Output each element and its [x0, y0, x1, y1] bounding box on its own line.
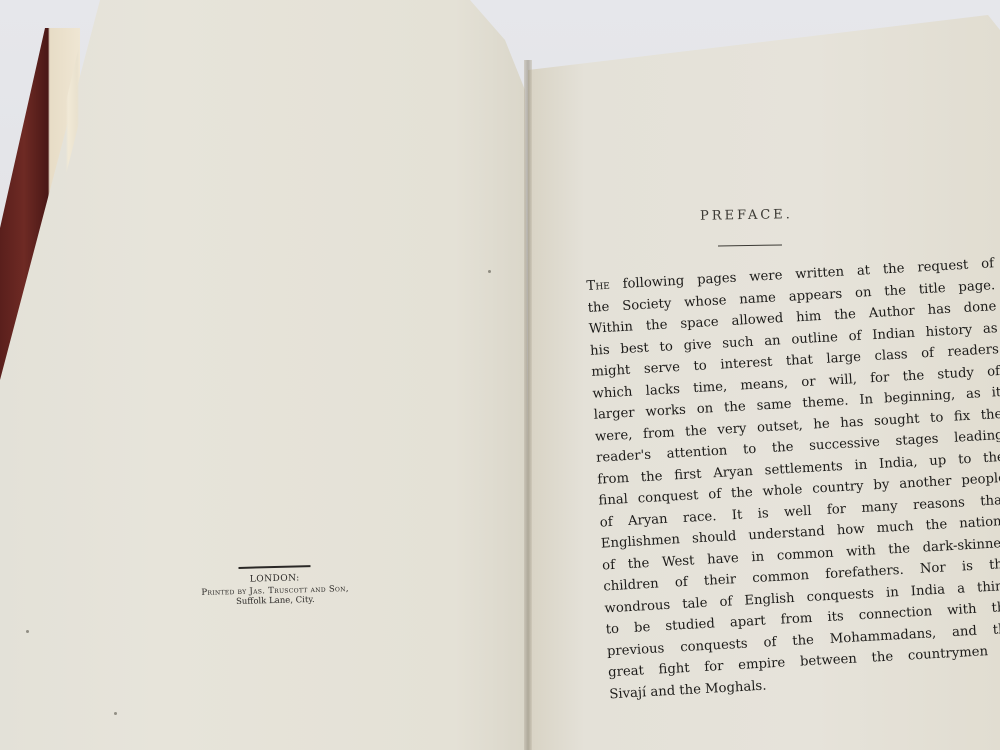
paper-speck — [26, 630, 29, 633]
imprint-rule — [238, 565, 310, 569]
book-gutter — [524, 60, 532, 750]
drop-word: The — [586, 278, 610, 294]
paper-speck — [488, 270, 491, 273]
paper-speck — [114, 712, 117, 715]
preface-heading: PREFACE. — [700, 207, 793, 224]
preface-body: The following pages were written at the … — [586, 253, 1000, 705]
printer-imprint: LONDON: Printed by Jas. Truscott and Son… — [150, 563, 401, 610]
